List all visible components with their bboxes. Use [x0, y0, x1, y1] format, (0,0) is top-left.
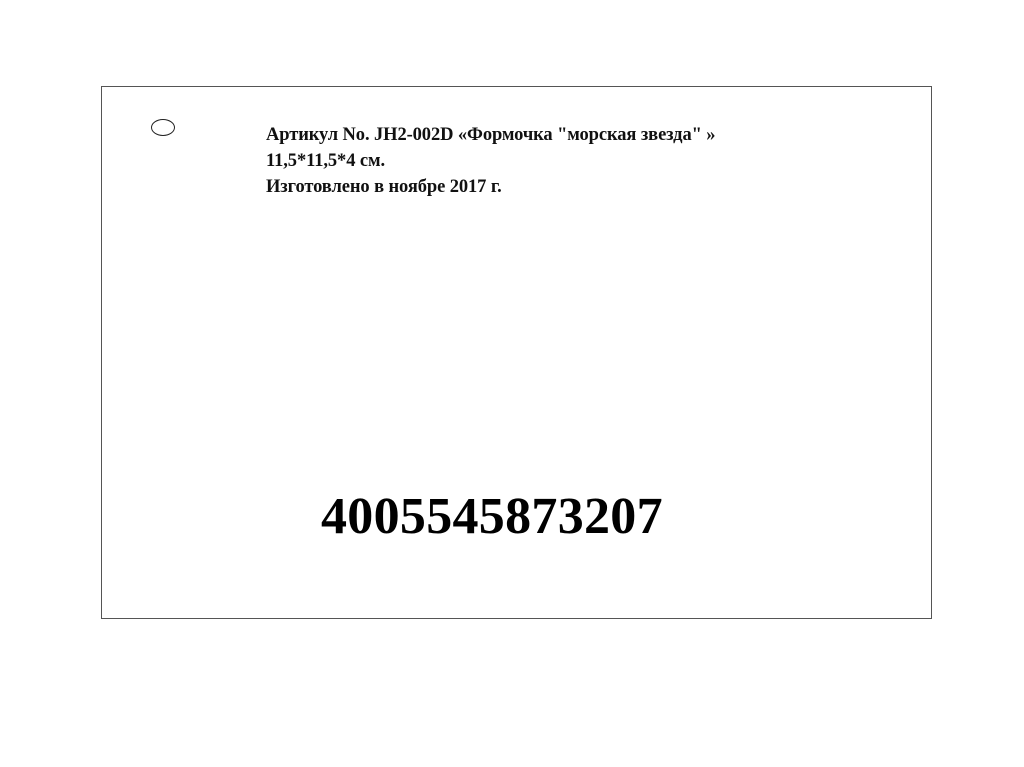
product-label-card: Артикул No. JH2-002D «Формочка "морская …: [101, 86, 932, 619]
article-line: Артикул No. JH2-002D «Формочка "морская …: [266, 122, 715, 148]
product-info: Артикул No. JH2-002D «Формочка "морская …: [266, 122, 715, 200]
barcode-number: 4005545873207: [321, 487, 663, 547]
manufacture-date-line: Изготовлено в ноябре 2017 г.: [266, 174, 715, 200]
hang-hole-circle-icon: [151, 119, 175, 136]
dimensions-line: 11,5*11,5*4 см.: [266, 148, 715, 174]
